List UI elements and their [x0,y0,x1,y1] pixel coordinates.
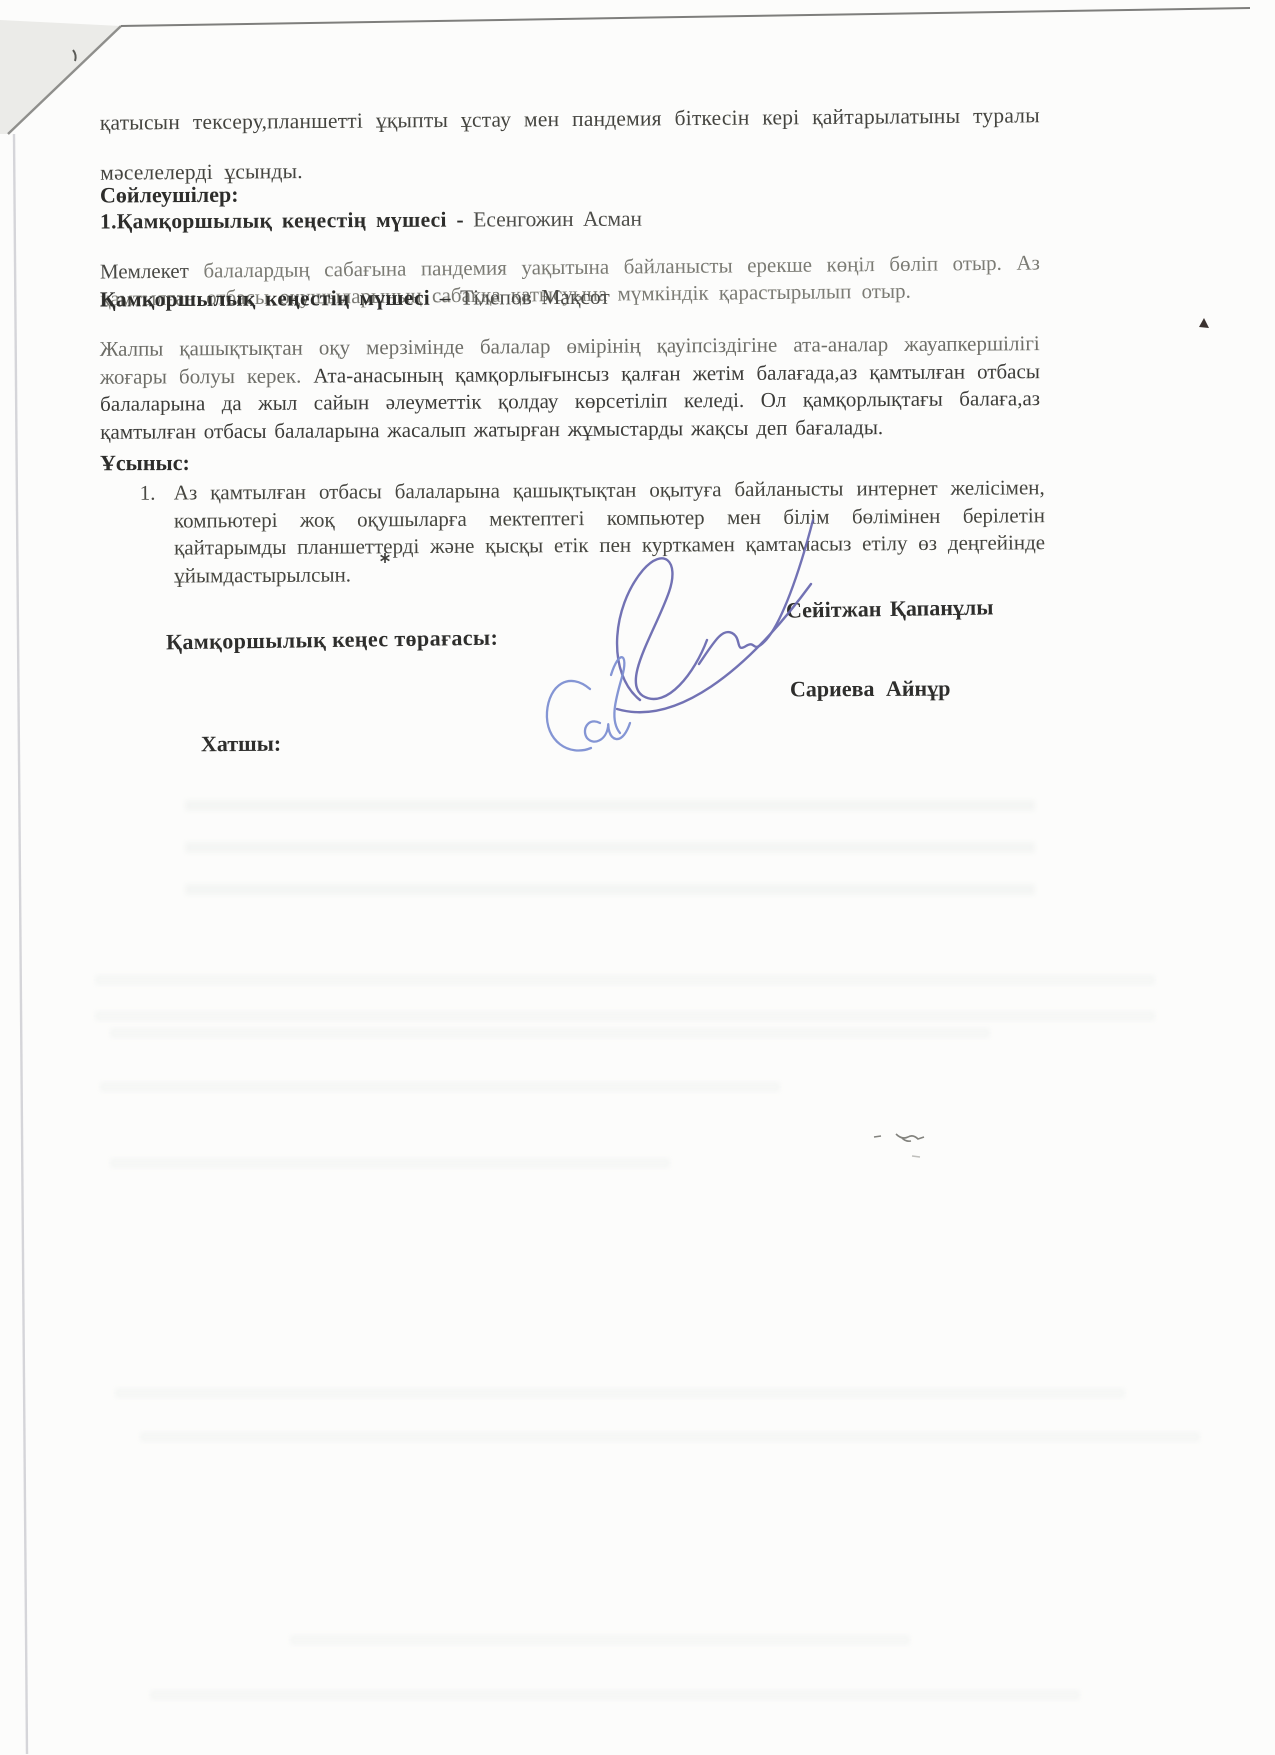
secretary-name: Сариева Айнұр [790,676,951,703]
proposal-list-item: 1. Аз қамтылған отбасы балаларына қашықт… [140,474,1046,590]
secretary-signature-label: Хатшы: [201,731,281,758]
speaker2-statement: Жалпы қашықтықтан оқу мерзімінде балалар… [100,330,1041,446]
bleedthrough-text-region [185,800,1035,900]
corner-ink-speck [73,50,76,61]
scanned-document-page: қатысын тексеру,планшетті ұқыпты ұстау м… [0,0,1275,1755]
bleedthrough-text-region [140,1432,1200,1466]
graphite-smudge [872,1128,936,1162]
speaker1-name: Есенгожин Асман [464,207,642,232]
speaker1-role: 1.Қамқоршылық кеңестің мүшесі - [100,208,464,234]
bleedthrough-text-region [110,1158,670,1186]
proposal-item-text: Аз қамтылған отбасы балаларына қашықтықт… [174,474,1046,589]
speaker2-role: Қамқоршылық кеңестің мүшесі – [100,286,451,312]
bleedthrough-text-region [95,975,1155,1030]
triangle-ink-blot [1198,318,1210,329]
speaker2-name: Тілепов Мақсот [451,285,610,310]
proposal-heading: Ұсыныс: [100,448,1040,476]
bleedthrough-text-region [290,1635,910,1665]
bleedthrough-text-region [100,1082,780,1112]
secretary-signature [527,643,662,778]
proposal-item-number: 1. [140,480,156,508]
speaker1-statement-lead: Мемлекет [100,259,189,284]
bleedthrough-text-region [115,1388,1125,1418]
speaker1-line: 1.Қамқоршылық кеңестің мүшесі - Есенгожи… [100,205,1040,235]
speaker2-line: Қамқоршылық кеңестің мүшесі – Тілепов Ма… [100,283,1040,313]
page-left-edge [14,134,27,1754]
chairman-name: Сейітжан Қапанұлы [786,594,994,623]
page-top-edge [121,8,1250,26]
bleedthrough-text-region [110,1028,990,1058]
chairman-signature-label: Қамқоршылық кеңес төрағасы: [166,625,499,656]
speakers-heading: Сөйлеушілер: [100,178,1040,209]
bleedthrough-text-region [150,1690,1080,1720]
